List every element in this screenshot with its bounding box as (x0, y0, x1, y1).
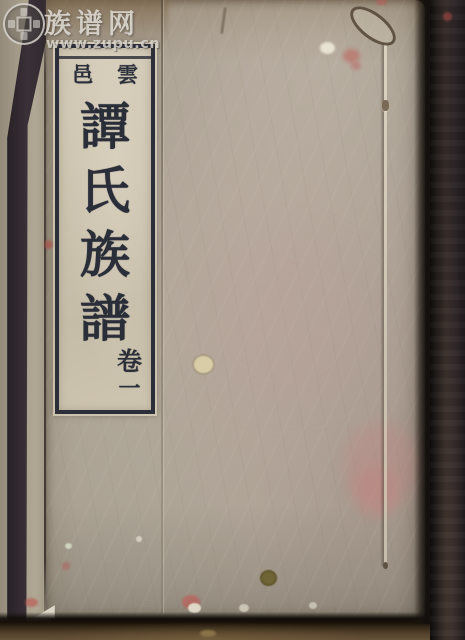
white-speck (136, 536, 142, 542)
pink-stain-center (196, 230, 376, 410)
white-spot (320, 42, 335, 54)
volume-char-2: 一 (118, 378, 140, 400)
red-stain-top-small (351, 62, 361, 70)
title-char-2: 氏 (80, 159, 130, 223)
white-dot-bottom-2 (309, 602, 317, 609)
bottom-frame-light-spot (200, 630, 216, 637)
coin-glyph-bottom (21, 32, 28, 40)
red-dot-bottom-left (62, 562, 70, 570)
olive-stain-bottom (260, 570, 277, 586)
watermark-site-url: www.zupu.cn (46, 36, 160, 52)
box-right-frame (430, 0, 465, 640)
title-label-border: 邑 雲 譚 氏 族 譜 卷 一 (55, 44, 155, 414)
pale-speck (65, 543, 72, 549)
title-label: 邑 雲 譚 氏 族 譜 卷 一 (53, 42, 157, 416)
label-region-char-right: 雲 (117, 64, 138, 85)
volume-char-1: 卷 (117, 349, 142, 374)
coin-seal-logo (3, 3, 45, 45)
cover-crease-line (161, 0, 163, 614)
coin-center-hole (17, 17, 32, 32)
label-region-text: 邑 雲 (59, 64, 151, 85)
red-dot-on-frame (443, 12, 452, 21)
coin-glyph-left (8, 20, 15, 28)
label-region-char-left: 邑 (72, 64, 93, 85)
label-volume-text: 卷 一 (117, 349, 142, 400)
binding-thread-knot (382, 100, 389, 111)
white-dot-bottom (239, 604, 249, 612)
title-char-3: 族 (80, 223, 130, 287)
title-char-1: 譚 (80, 95, 130, 159)
coin-glyph-top (21, 8, 28, 16)
label-title-text: 譚 氏 族 譜 (59, 95, 151, 351)
red-stain-top (343, 49, 360, 63)
binding-thread (384, 44, 387, 566)
red-scrap-bottom-left (25, 598, 38, 607)
label-inner-line (59, 56, 151, 59)
book-cover: 邑 雲 譚 氏 族 譜 卷 一 (46, 0, 425, 618)
photo-of-genealogy-book: 邑 雲 譚 氏 族 譜 卷 一 (0, 0, 465, 640)
binding-thread-end (383, 562, 388, 569)
title-char-4: 譜 (80, 287, 130, 351)
pink-stain-right-lower (354, 466, 398, 518)
coin-glyph-right (33, 20, 40, 28)
box-bottom-frame (0, 612, 465, 640)
red-dot-on-label-edge (44, 240, 53, 249)
cream-spot (194, 356, 213, 373)
